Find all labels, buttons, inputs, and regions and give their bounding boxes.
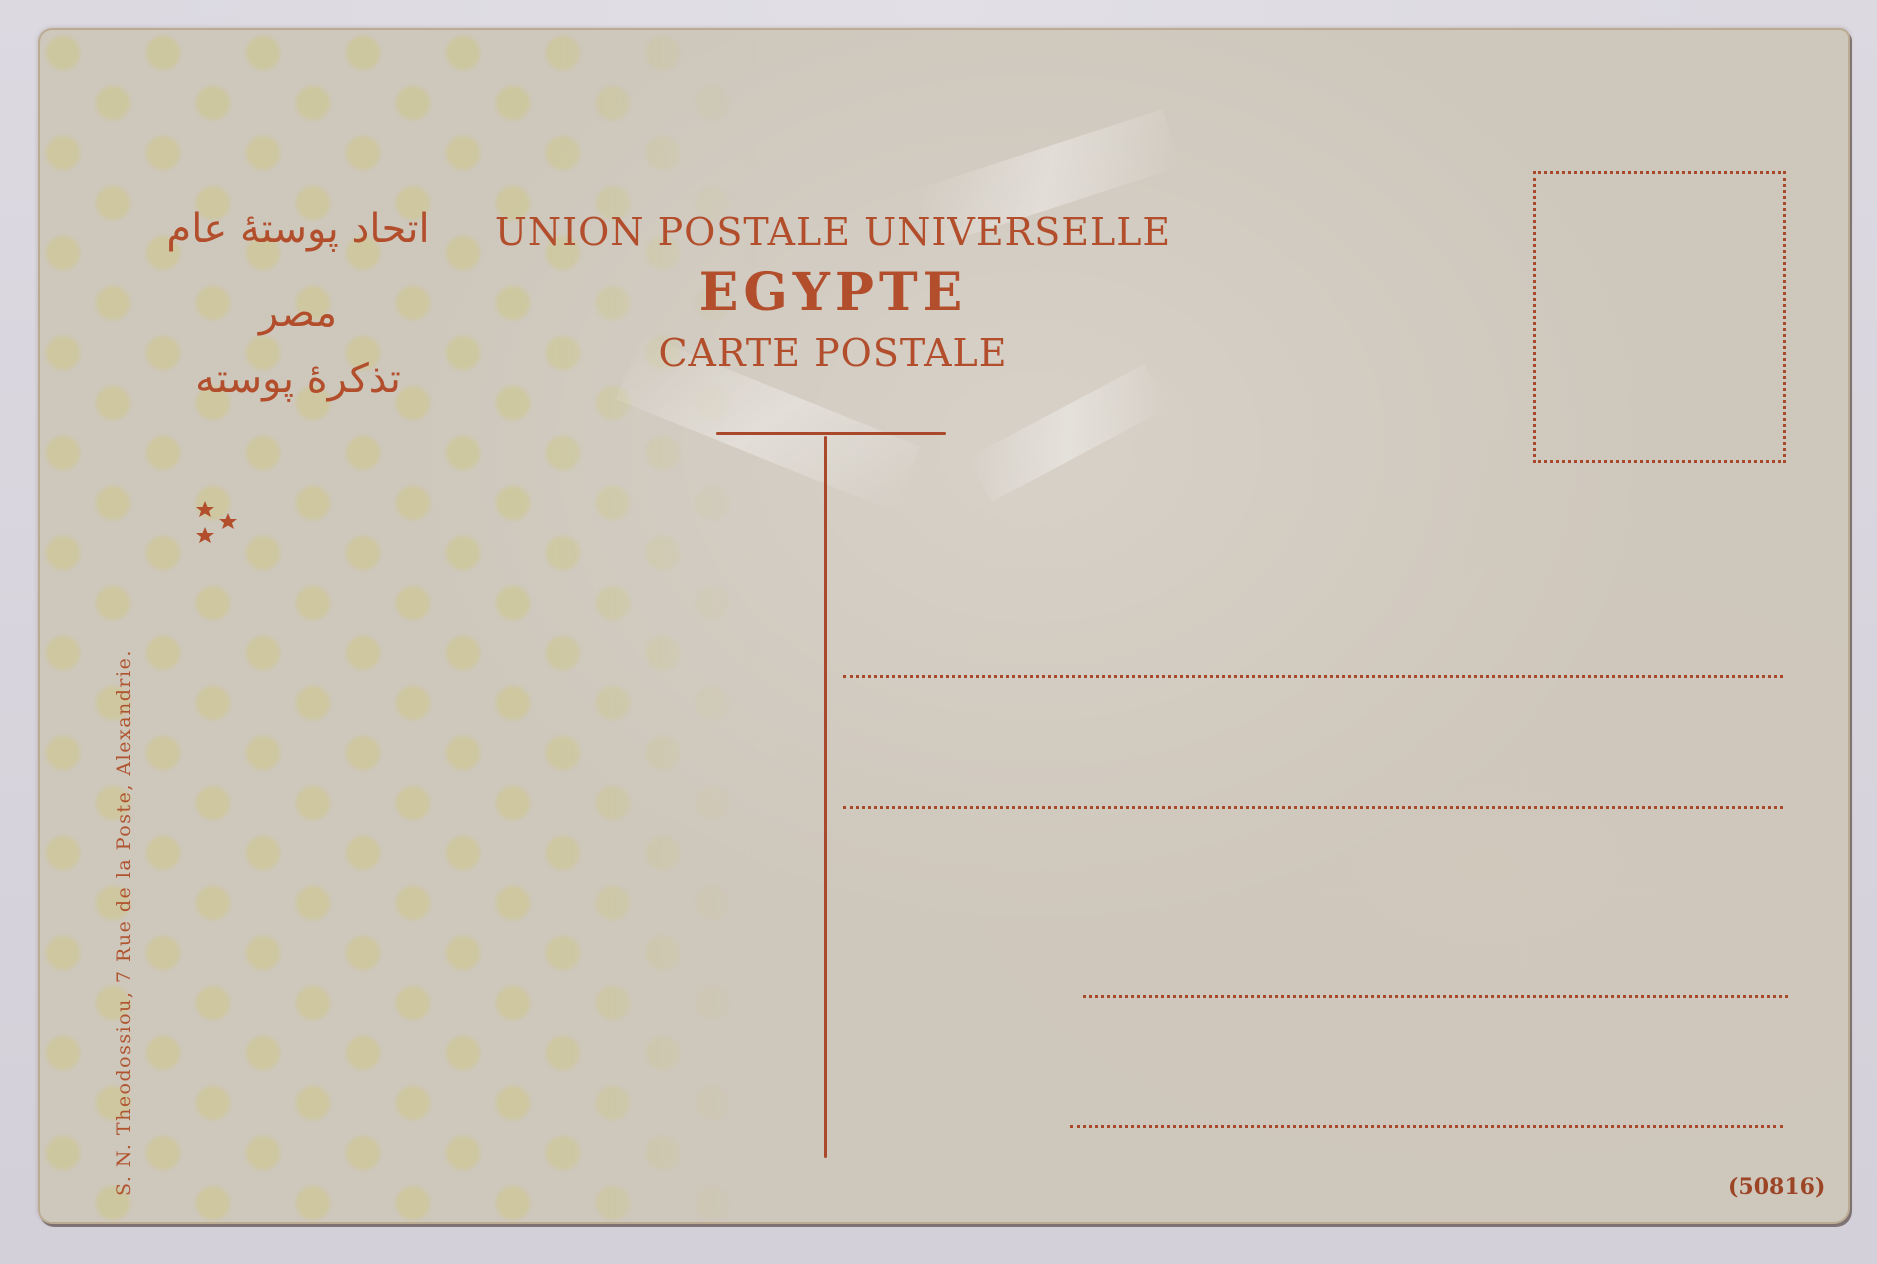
publisher-imprint: S. N. Theodossiou, 7 Rue de la Poste, Al…	[113, 649, 135, 1196]
arabic-country-title: مصر	[128, 290, 468, 336]
catalog-number: (50816)	[1728, 1174, 1825, 1200]
crescent-and-three-stars-icon	[150, 471, 270, 591]
arabic-union-title: اتحاد پوستهٔ عام	[128, 206, 468, 252]
union-title: UNION POSTALE UNIVERSELLE	[438, 210, 1228, 254]
arabic-card-type-title: تذكرهٔ پوسته	[128, 356, 468, 402]
card-type-title: CARTE POSTALE	[438, 331, 1228, 375]
stamp-box	[1533, 171, 1786, 463]
address-line	[1083, 995, 1788, 998]
address-line	[1070, 1125, 1783, 1128]
address-line	[843, 675, 1783, 678]
crease-mark	[968, 364, 1168, 502]
postcard: اتحاد پوستهٔ عام مصر تذكرهٔ پوسته UNION …	[38, 28, 1850, 1224]
address-line	[843, 806, 1783, 809]
country-title: EGYPTE	[438, 262, 1228, 323]
divider-horizontal	[716, 432, 946, 435]
divider-vertical	[824, 436, 827, 1158]
